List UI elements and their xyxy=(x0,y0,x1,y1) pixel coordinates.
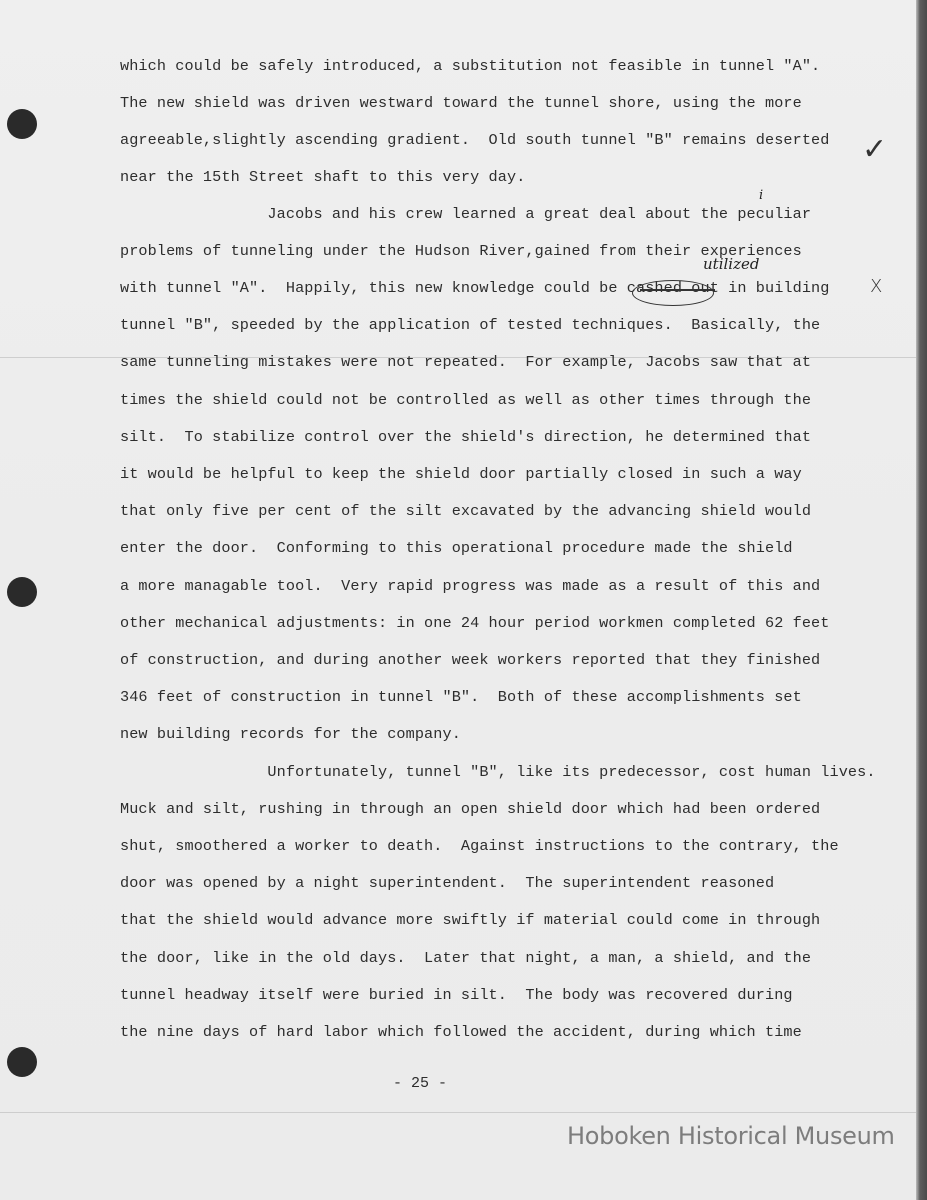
text-line: the nine days of hard labor which follow… xyxy=(120,1023,802,1041)
text-line: with tunnel "A". Happily, this new knowl… xyxy=(120,279,829,297)
checkmark-annotation: ✓ xyxy=(862,132,887,167)
text-line: silt. To stabilize control over the shie… xyxy=(120,428,811,446)
text-line: times the shield could not be controlled… xyxy=(120,391,811,409)
inserted-letter-annotation: i xyxy=(759,188,763,203)
text-line: that only five per cent of the silt exca… xyxy=(120,502,811,520)
x-mark-annotation: X xyxy=(870,276,882,297)
scanned-page: which could be safely introduced, a subs… xyxy=(0,0,916,1200)
text-line: Unfortunately, tunnel "B", like its pred… xyxy=(120,763,876,781)
text-line: shut, smoothered a worker to death. Agai… xyxy=(120,837,839,855)
text-line: tunnel "B", speeded by the application o… xyxy=(120,316,820,334)
scan-fold-line xyxy=(0,1112,916,1113)
handwritten-correction: utilized xyxy=(703,255,759,273)
punch-hole xyxy=(7,109,37,139)
museum-watermark: Hoboken Historical Museum xyxy=(567,1122,895,1150)
page-number: - 25 - xyxy=(393,1075,447,1092)
circled-word-mark xyxy=(632,280,714,306)
text-line: enter the door. Conforming to this opera… xyxy=(120,539,793,557)
text-line: a more managable tool. Very rapid progre… xyxy=(120,577,820,595)
punch-hole xyxy=(7,1047,37,1077)
text-line: same tunneling mistakes were not repeate… xyxy=(120,353,811,371)
punch-hole xyxy=(7,577,37,607)
page-edge-shadow xyxy=(916,0,927,1200)
text-line: the door, like in the old days. Later th… xyxy=(120,949,811,967)
text-line: that the shield would advance more swift… xyxy=(120,911,820,929)
text-line: 346 feet of construction in tunnel "B". … xyxy=(120,688,802,706)
text-line: of construction, and during another week… xyxy=(120,651,820,669)
text-line: tunnel headway itself were buried in sil… xyxy=(120,986,793,1004)
text-line: door was opened by a night superintenden… xyxy=(120,874,774,892)
text-line: it would be helpful to keep the shield d… xyxy=(120,465,802,483)
text-line: Jacobs and his crew learned a great deal… xyxy=(120,205,811,223)
text-line: which could be safely introduced, a subs… xyxy=(120,57,820,75)
text-line: agreeable,slightly ascending gradient. O… xyxy=(120,131,829,149)
text-line: Muck and silt, rushing in through an ope… xyxy=(120,800,820,818)
text-line: The new shield was driven westward towar… xyxy=(120,94,802,112)
text-line: new building records for the company. xyxy=(120,725,461,743)
text-line: near the 15th Street shaft to this very … xyxy=(120,168,525,186)
text-line: problems of tunneling under the Hudson R… xyxy=(120,242,802,260)
text-line: other mechanical adjustments: in one 24 … xyxy=(120,614,829,632)
